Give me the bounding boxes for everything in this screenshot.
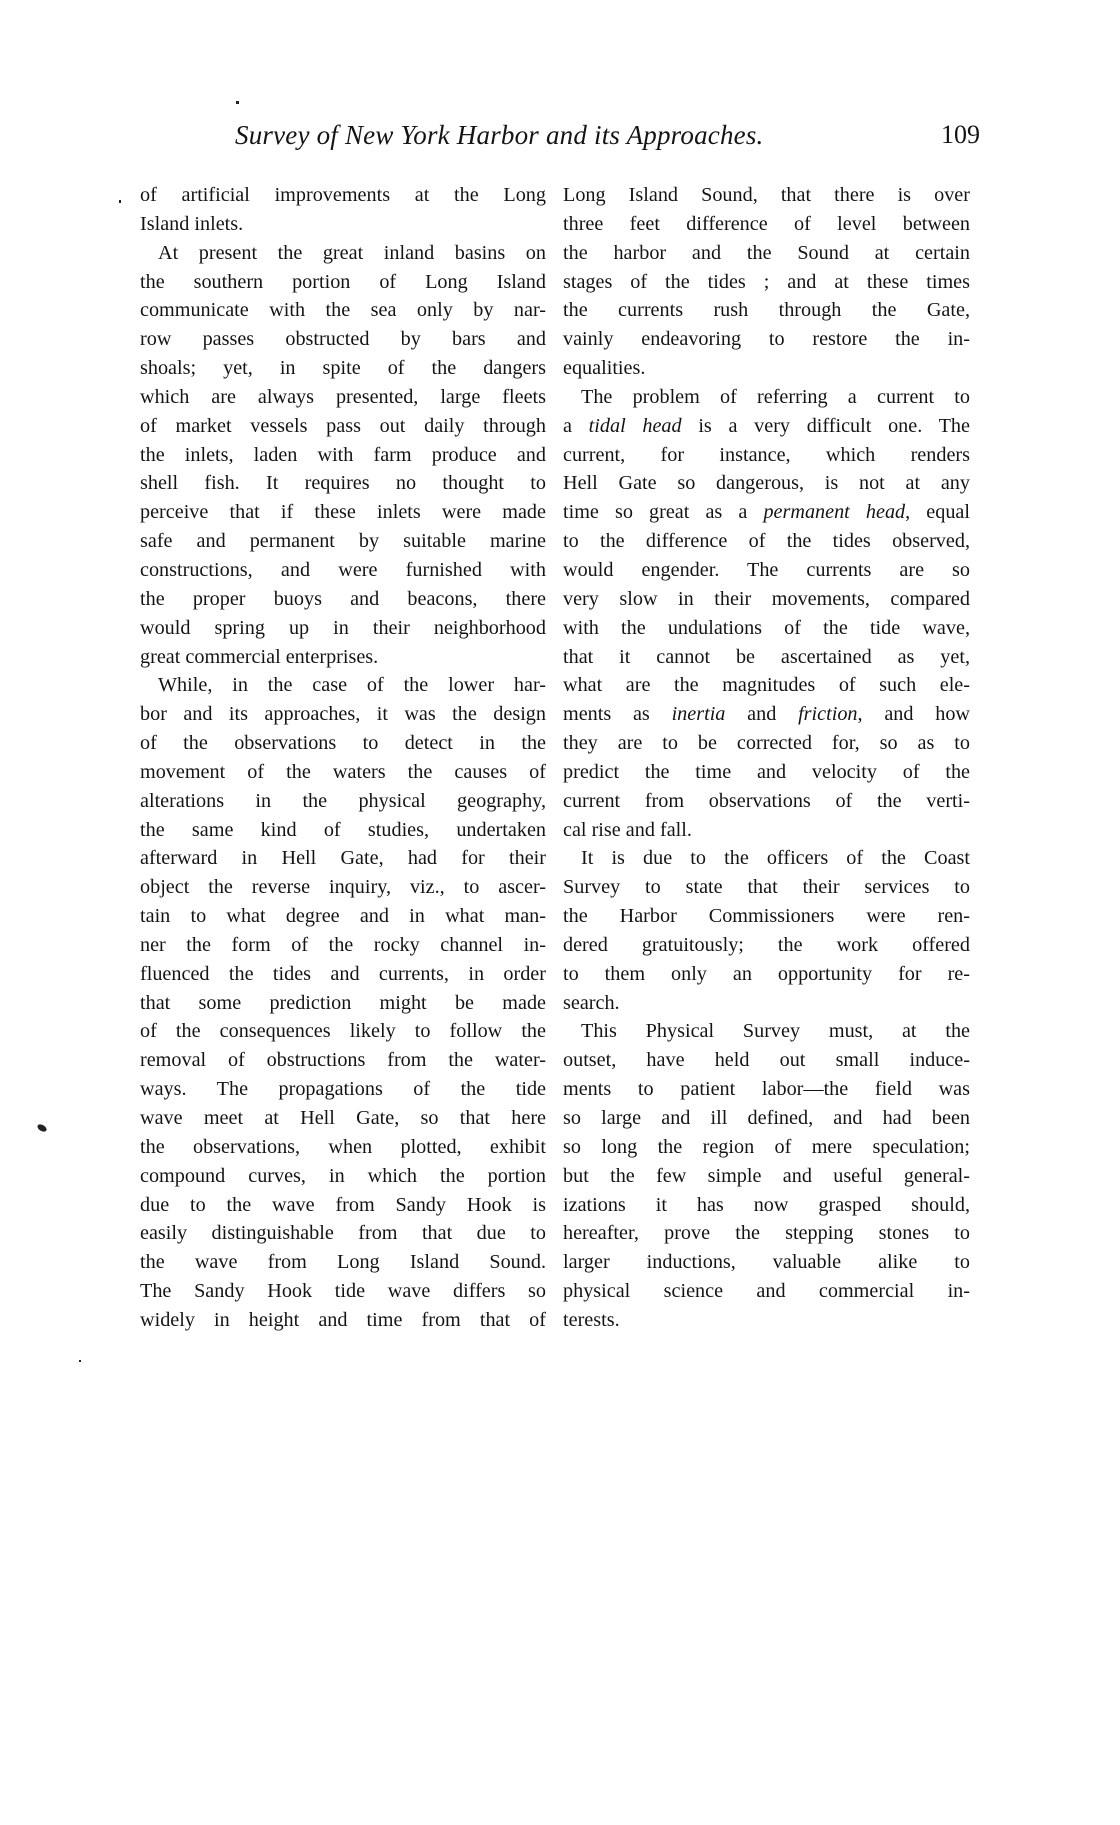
text-line: the harbor and the Sound at certain bbox=[563, 239, 970, 268]
text-line: constructions, and were furnished with bbox=[140, 556, 546, 585]
text-line: Long Island Sound, that there is over bbox=[563, 181, 970, 210]
text-line: current from observations of the verti- bbox=[563, 787, 970, 816]
text-line: It is due to the officers of the Coast bbox=[563, 844, 970, 873]
text-line: time so great as a permanent head, equal bbox=[563, 498, 970, 527]
text-line: stages of the tides ; and at these times bbox=[563, 268, 970, 297]
text-line: so large and ill defined, and had been bbox=[563, 1104, 970, 1133]
left-text-column: of artificial improvements at the LongIs… bbox=[140, 181, 546, 1335]
text-line: fluenced the tides and currents, in orde… bbox=[140, 960, 546, 989]
text-line: the proper buoys and beacons, there bbox=[140, 585, 546, 614]
text-line: compound curves, in which the portion bbox=[140, 1162, 546, 1191]
right-text-column: Long Island Sound, that there is overthr… bbox=[563, 181, 970, 1335]
text-line: equalities. bbox=[563, 354, 970, 383]
text-line: row passes obstructed by bars and bbox=[140, 325, 546, 354]
text-line: the currents rush through the Gate, bbox=[563, 296, 970, 325]
text-line: that it cannot be ascertained as yet, bbox=[563, 643, 970, 672]
text-line: ways. The propagations of the tide bbox=[140, 1075, 546, 1104]
text-line: Island inlets. bbox=[140, 210, 546, 239]
text-line: of market vessels pass out daily through bbox=[140, 412, 546, 441]
text-line: physical science and commercial in- bbox=[563, 1277, 970, 1306]
text-line: dered gratuitously; the work offered bbox=[563, 931, 970, 960]
scan-speck bbox=[236, 101, 239, 104]
running-header: Survey of New York Harbor and its Approa… bbox=[230, 120, 980, 160]
text-line: so long the region of mere speculation; bbox=[563, 1133, 970, 1162]
text-line: vainly endeavoring to restore the in- bbox=[563, 325, 970, 354]
text-line: the same kind of studies, undertaken bbox=[140, 816, 546, 845]
text-line: outset, have held out small induce- bbox=[563, 1046, 970, 1075]
text-line: ner the form of the rocky channel in- bbox=[140, 931, 546, 960]
text-line: hereafter, prove the stepping stones to bbox=[563, 1219, 970, 1248]
text-line: would spring up in their neighborhood bbox=[140, 614, 546, 643]
text-line: current, for instance, which renders bbox=[563, 441, 970, 470]
text-line: which are always presented, large fleets bbox=[140, 383, 546, 412]
text-line: of the observations to detect in the bbox=[140, 729, 546, 758]
text-line: the observations, when plotted, exhibit bbox=[140, 1133, 546, 1162]
text-line: ments as inertia and friction, and how bbox=[563, 700, 970, 729]
text-line: easily distinguishable from that due to bbox=[140, 1219, 546, 1248]
text-line: izations it has now grasped should, bbox=[563, 1191, 970, 1220]
text-line: movement of the waters the causes of bbox=[140, 758, 546, 787]
text-line: that some prediction might be made bbox=[140, 989, 546, 1018]
text-line: search. bbox=[563, 989, 970, 1018]
text-line: safe and permanent by suitable marine bbox=[140, 527, 546, 556]
text-line: the southern portion of Long Island bbox=[140, 268, 546, 297]
text-line: due to the wave from Sandy Hook is bbox=[140, 1191, 546, 1220]
text-line: The problem of referring a current to bbox=[563, 383, 970, 412]
text-line: larger inductions, valuable alike to bbox=[563, 1248, 970, 1277]
text-line: Hell Gate so dangerous, is not at any bbox=[563, 469, 970, 498]
text-line: wave meet at Hell Gate, so that here bbox=[140, 1104, 546, 1133]
text-line: very slow in their movements, compared bbox=[563, 585, 970, 614]
text-line: alterations in the physical geography, bbox=[140, 787, 546, 816]
text-line: would engender. The currents are so bbox=[563, 556, 970, 585]
text-line: to them only an opportunity for re- bbox=[563, 960, 970, 989]
text-line: they are to be corrected for, so as to bbox=[563, 729, 970, 758]
text-line: terests. bbox=[563, 1306, 970, 1335]
text-line: the wave from Long Island Sound. bbox=[140, 1248, 546, 1277]
text-line: afterward in Hell Gate, had for their bbox=[140, 844, 546, 873]
text-line: tain to what degree and in what man- bbox=[140, 902, 546, 931]
text-line: ments to patient labor—the field was bbox=[563, 1075, 970, 1104]
text-line: the Harbor Commissioners were ren- bbox=[563, 902, 970, 931]
text-line: perceive that if these inlets were made bbox=[140, 498, 546, 527]
text-line: of the consequences likely to follow the bbox=[140, 1017, 546, 1046]
text-line: shoals; yet, in spite of the dangers bbox=[140, 354, 546, 383]
text-line: bor and its approaches, it was the desig… bbox=[140, 700, 546, 729]
page-number: 109 bbox=[941, 120, 980, 150]
scan-blot bbox=[36, 1123, 48, 1133]
scan-speck bbox=[119, 200, 121, 203]
text-line: cal rise and fall. bbox=[563, 816, 970, 845]
text-line: object the reverse inquiry, viz., to asc… bbox=[140, 873, 546, 902]
text-line: the inlets, laden with farm produce and bbox=[140, 441, 546, 470]
text-line: a tidal head is a very difficult one. Th… bbox=[563, 412, 970, 441]
text-line: with the undulations of the tide wave, bbox=[563, 614, 970, 643]
text-line: great commercial enterprises. bbox=[140, 643, 546, 672]
text-line: communicate with the sea only by nar- bbox=[140, 296, 546, 325]
text-line: The Sandy Hook tide wave differs so bbox=[140, 1277, 546, 1306]
scan-speck bbox=[79, 1360, 81, 1362]
text-line: of artificial improvements at the Long bbox=[140, 181, 546, 210]
text-line: widely in height and time from that of bbox=[140, 1306, 546, 1335]
running-title: Survey of New York Harbor and its Approa… bbox=[235, 120, 764, 151]
text-line: three feet difference of level between bbox=[563, 210, 970, 239]
text-line: While, in the case of the lower har- bbox=[140, 671, 546, 700]
text-line: Survey to state that their services to bbox=[563, 873, 970, 902]
text-line: what are the magnitudes of such ele- bbox=[563, 671, 970, 700]
text-line: removal of obstructions from the water- bbox=[140, 1046, 546, 1075]
text-line: shell fish. It requires no thought to bbox=[140, 469, 546, 498]
text-line: At present the great inland basins on bbox=[140, 239, 546, 268]
text-line: predict the time and velocity of the bbox=[563, 758, 970, 787]
text-line: to the difference of the tides observed, bbox=[563, 527, 970, 556]
text-line: This Physical Survey must, at the bbox=[563, 1017, 970, 1046]
text-line: but the few simple and useful general- bbox=[563, 1162, 970, 1191]
